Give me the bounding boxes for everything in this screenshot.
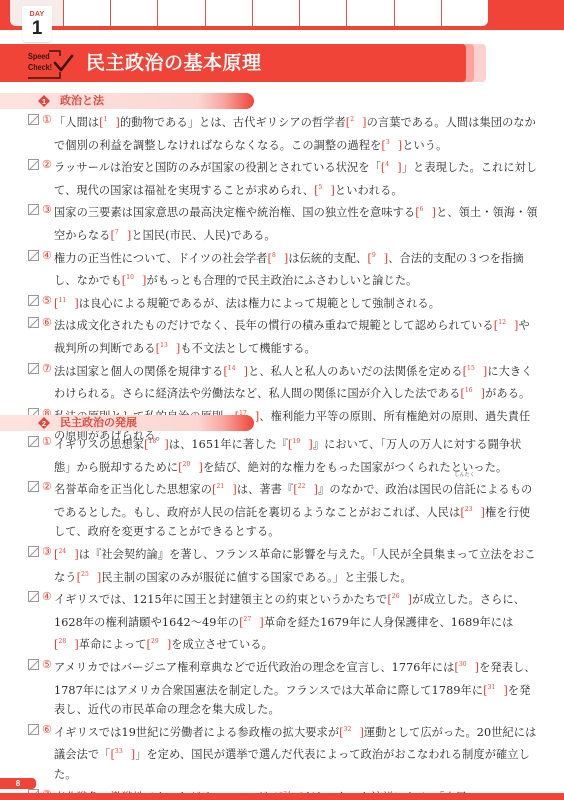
section-1-items: ①「人間は[1]的動物である」とは、古代ギリシアの哲学者[2]の言葉である。人間…	[28, 110, 538, 446]
progress-checkbox[interactable]	[441, 0, 488, 26]
question-item: ⑤[11]は良心による規範であるが、法は権力によって規範として強制される。	[28, 291, 538, 314]
question-item: ④権力の正当性について、ドイツの社会学者[8]は伝統的支配、[9]、合法的支配の…	[28, 246, 538, 291]
svg-text:1: 1	[42, 97, 46, 106]
question-item: ④イギリスでは、1215年に国王と封建領主との約束というかたちで[26]が成立し…	[28, 587, 538, 655]
question-item: ⑦法は国家と個人の関係を規律する[14]と、私人と私人のあいだの法関係を定める[…	[28, 359, 538, 404]
answer-blank-8[interactable]: [8]	[267, 252, 288, 265]
answer-blank-14[interactable]: [14]	[223, 365, 248, 378]
ruby-text: 信託しんたく	[453, 480, 476, 500]
item-number: ⑥	[42, 313, 52, 333]
checkbox-icon[interactable]	[28, 481, 39, 492]
question-item: ⑤アメリカではバージニア権利章典などで近代政治の理念を宣言し、1776年には[3…	[28, 655, 538, 720]
section-heading-2: 2 民主政治の発展	[0, 415, 254, 431]
check-label: Check!	[28, 62, 52, 73]
answer-blank-24[interactable]: [24]	[54, 548, 79, 561]
checkbox-icon[interactable]	[28, 159, 39, 170]
answer-blank-4[interactable]: [4]	[381, 161, 402, 174]
item-number: ⑤	[42, 291, 52, 311]
answer-blank-26[interactable]: [26]	[387, 593, 412, 606]
answer-blank-25[interactable]: [25]	[77, 571, 102, 584]
progress-check-strip	[10, 0, 488, 26]
answer-blank-10[interactable]: [10]	[122, 274, 147, 287]
checkbox-icon[interactable]	[28, 295, 39, 306]
item-text: 「人間は[1]的動物である」とは、古代ギリシアの哲学者[2]の言葉である。人間は…	[54, 116, 536, 152]
item-text: アメリカではバージニア権利章典などで近代政治の理念を宣言し、1776年には[30…	[54, 661, 536, 716]
item-number: ②	[42, 477, 52, 497]
item-text: イギリスの思想家[18]は、1651年に著した『[19]』において、「万人の万人…	[54, 438, 521, 474]
section-title: 政治と法	[60, 93, 104, 109]
checkbox-icon[interactable]	[28, 659, 39, 670]
checkbox-icon[interactable]	[28, 546, 39, 557]
item-text: [24]は『社会契約論』を著し、フランス革命に影響を与えた。「人民が全員集まって…	[54, 548, 536, 584]
section-heading-1: 1 政治と法	[0, 93, 254, 109]
item-text: 権力の正当性について、ドイツの社会学者[8]は伝統的支配、[9]、合法的支配の３…	[54, 252, 524, 288]
checkbox-icon[interactable]	[28, 363, 39, 374]
answer-blank-33[interactable]: [33]	[110, 748, 135, 761]
progress-checkbox[interactable]	[394, 0, 441, 26]
item-number: ①	[42, 110, 52, 130]
question-item: ②名誉革命を正当化した思想家の[21]は、著書『[22]』のなかで、政治は国民の…	[28, 477, 538, 542]
answer-blank-3[interactable]: [3]	[381, 139, 402, 152]
item-number: ④	[42, 587, 52, 607]
answer-blank-18[interactable]: [18]	[144, 438, 169, 451]
answer-blank-1[interactable]: [1]	[99, 116, 120, 129]
progress-checkbox[interactable]	[110, 0, 157, 26]
diamond-number-icon: 2	[38, 417, 50, 429]
day-tab: DAY 1	[22, 6, 52, 42]
checkbox-icon[interactable]	[28, 317, 39, 328]
answer-blank-27[interactable]: [27]	[239, 616, 264, 629]
answer-blank-20[interactable]: [20]	[178, 461, 203, 474]
answer-blank-2[interactable]: [2]	[346, 116, 367, 129]
item-text: 法は成文化されたものだけでなく、長年の慣行の積み重ねで規範として認められている[…	[54, 319, 530, 355]
answer-blank-28[interactable]: [28]	[54, 638, 79, 651]
checkbox-icon[interactable]	[28, 204, 39, 215]
svg-text:2: 2	[42, 419, 46, 428]
answer-blank-11[interactable]: [11]	[54, 297, 79, 310]
item-text: イギリスでは19世紀に労働者による参政権の拡大要求が[32]運動として広がった。…	[54, 726, 536, 781]
question-item: ⑥法は成文化されたものだけでなく、長年の慣行の積み重ねで規範として認められている…	[28, 313, 538, 358]
page-number: 8	[0, 778, 36, 789]
answer-blank-12[interactable]: [12]	[494, 319, 519, 332]
answer-blank-30[interactable]: [30]	[454, 661, 479, 674]
diamond-number-icon: 1	[38, 95, 50, 107]
page-title: 民主政治の基本原理	[86, 49, 262, 77]
item-number: ②	[42, 155, 52, 175]
speed-check-logo: Speed Check!	[28, 50, 74, 78]
item-number: ⑥	[42, 720, 52, 740]
item-text: イギリスでは、1215年に国王と封建領主との約束というかたちで[26]が成立した…	[54, 593, 525, 651]
progress-checkbox[interactable]	[346, 0, 393, 26]
item-number: ⑦	[42, 359, 52, 379]
question-item: ①「人間は[1]的動物である」とは、古代ギリシアの哲学者[2]の言葉である。人間…	[28, 110, 538, 155]
checkbox-icon[interactable]	[28, 250, 39, 261]
answer-blank-21[interactable]: [21]	[212, 483, 237, 496]
item-text: 名誉革命を正当化した思想家の[21]は、著書『[22]』のなかで、政治は国民の信…	[54, 483, 532, 538]
checkbox-icon[interactable]	[28, 591, 39, 602]
answer-blank-22[interactable]: [22]	[293, 483, 318, 496]
item-number: ①	[42, 432, 52, 452]
progress-checkbox[interactable]	[63, 0, 110, 26]
furigana: しんたく	[453, 472, 476, 478]
answer-blank-5[interactable]: [5]	[314, 184, 335, 197]
item-text: ラッサールは治安と国防のみが国家の役割とされている状況を「[4]」と表現した。こ…	[54, 161, 537, 197]
checkbox-icon[interactable]	[28, 436, 39, 447]
item-number: ④	[42, 246, 52, 266]
item-number: ⑤	[42, 655, 52, 675]
title-bar: Speed Check! 民主政治の基本原理	[0, 44, 466, 82]
progress-checkbox[interactable]	[299, 0, 346, 26]
answer-blank-13[interactable]: [13]	[156, 342, 181, 355]
checkbox-icon[interactable]	[28, 114, 39, 125]
progress-checkbox[interactable]	[205, 0, 252, 26]
answer-blank-15[interactable]: [15]	[463, 365, 488, 378]
answer-blank-7[interactable]: [7]	[110, 229, 131, 242]
bottom-band	[0, 793, 564, 800]
answer-blank-19[interactable]: [19]	[288, 438, 313, 451]
answer-blank-6[interactable]: [6]	[415, 206, 436, 219]
item-number: ③	[42, 542, 52, 562]
item-number: ③	[42, 200, 52, 220]
question-item: ③[24]は『社会契約論』を著し、フランス革命に影響を与えた。「人民が全員集まっ…	[28, 542, 538, 587]
item-text: 国家の三要素は国家意思の最高決定権や統治権、国の独立性を意味する[6]と、領土・…	[54, 206, 538, 242]
answer-blank-32[interactable]: [32]	[339, 726, 364, 739]
section-title: 民主政治の発展	[60, 415, 137, 431]
item-text: [11]は良心による規範であるが、法は権力によって規範として強制される。	[54, 297, 440, 310]
checkmark-icon	[55, 56, 72, 70]
answer-blank-16[interactable]: [16]	[460, 387, 485, 400]
speed-label: Speed	[28, 51, 52, 62]
progress-checkbox[interactable]	[157, 0, 204, 26]
question-item: ③国家の三要素は国家意思の最高決定権や統治権、国の独立性を意味する[6]と、領土…	[28, 200, 538, 245]
answer-blank-29[interactable]: [29]	[147, 638, 172, 651]
answer-blank-31[interactable]: [31]	[483, 684, 508, 697]
answer-blank-9[interactable]: [9]	[367, 252, 388, 265]
question-item: ①イギリスの思想家[18]は、1651年に著した『[19]』において、「万人の万…	[28, 432, 538, 477]
day-number: 1	[22, 19, 52, 39]
item-text: 法は国家と個人の関係を規律する[14]と、私人と私人のあいだの法関係を定める[1…	[54, 365, 533, 401]
progress-checkbox[interactable]	[252, 0, 299, 26]
question-item: ②ラッサールは治安と国防のみが国家の役割とされている状況を「[4]」と表現した。…	[28, 155, 538, 200]
question-item: ⑥イギリスでは19世紀に労働者による参政権の拡大要求が[32]運動として広がった…	[28, 720, 538, 785]
section-2-items: ①イギリスの思想家[18]は、1651年に著した『[19]』において、「万人の万…	[28, 432, 538, 800]
checkbox-icon[interactable]	[28, 724, 39, 735]
answer-blank-23[interactable]: [23]	[460, 506, 485, 519]
